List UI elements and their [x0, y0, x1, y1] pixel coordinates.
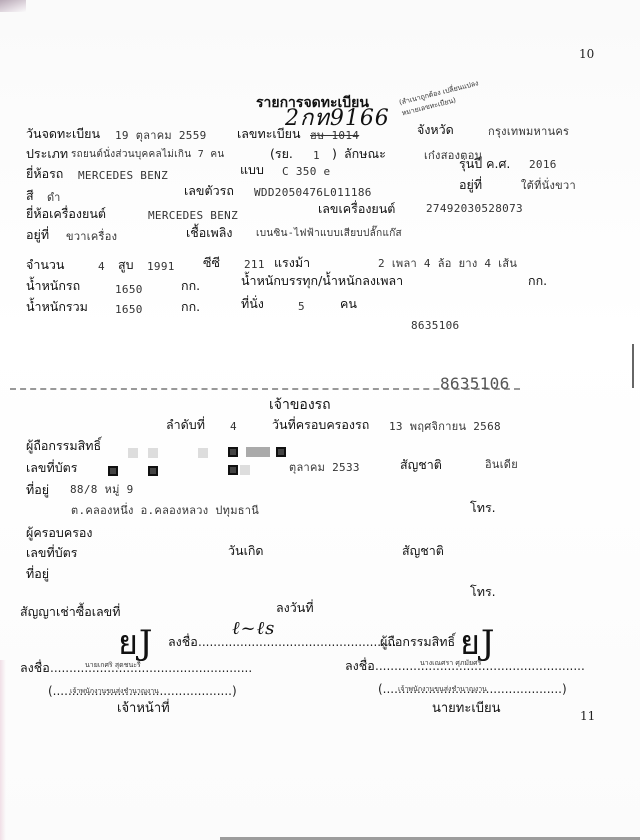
plate-old: ฮษ 1014: [310, 130, 359, 141]
possessor-label: ผู้ครอบครอง: [26, 527, 93, 540]
possessor-id-label: เลขที่บัตร: [26, 547, 77, 560]
redaction-block: [246, 447, 270, 457]
chassis-location: ใต้ที่นั่งขวา: [521, 180, 576, 191]
hp-label: แรงม้า: [274, 257, 310, 270]
weight-unit: กก.: [181, 280, 200, 293]
seats-label: ที่นั่ง: [241, 298, 264, 311]
redaction-block: [128, 448, 138, 458]
fuel-label: เชื้อเพลิง: [186, 227, 233, 240]
owner-signature: ℓ~ℓs: [232, 620, 275, 638]
chassis-location-label: อยู่ที่: [459, 179, 482, 192]
gross-weight-unit: กก.: [181, 301, 200, 314]
load-unit: กก.: [528, 275, 547, 288]
order-label: ลำดับที่: [166, 419, 205, 432]
redaction-block: [198, 448, 208, 458]
possession-date-label: วันที่ครอบครองรถ: [272, 419, 369, 432]
chassis-label: เลขตัวรถ: [184, 185, 234, 198]
model-year: 2016: [529, 159, 557, 170]
owner-phone-label: โทร.: [470, 502, 496, 515]
owner-nationality-label: สัญชาติ: [400, 459, 442, 472]
engine-number-label: เลขเครื่องยนต์: [318, 203, 395, 216]
owner-birth-date: ตุลาคม 2533: [289, 462, 360, 473]
owner-address-label: ที่อยู่: [26, 484, 49, 497]
hire-purchase-label: สัญญาเช่าซื้อเลขที่: [20, 606, 120, 619]
page-edge-shadow: [0, 660, 6, 840]
owner-sign-dots: ........................................…: [198, 636, 396, 648]
owner-nationality: อินเดีย: [485, 459, 518, 470]
initials-signature-right: ยJ: [460, 626, 496, 660]
redaction-block: [228, 447, 238, 457]
registration-document: 10 11 รายการจดทะเบียน 2กท9166 (สำเนาถูกต…: [0, 0, 640, 840]
right-official-position: เจ้าพนักงานขนส่งชำนาญงาน: [398, 686, 487, 693]
model: C 350 e: [282, 166, 330, 177]
redaction-block: [240, 465, 250, 475]
brand: MERCEDES BENZ: [78, 170, 168, 181]
reference-number: 8635106: [411, 320, 459, 331]
page-number-bottom: 11: [580, 710, 595, 722]
initials-signature-left: ยJ: [118, 626, 154, 660]
page-number-top: 10: [579, 48, 594, 60]
owner-sign-suffix: ผู้ถือกรรมสิทธิ์: [380, 636, 455, 649]
contract-date-label: ลงวันที่: [276, 602, 314, 615]
left-official-role: เจ้าหน้าที่: [117, 702, 170, 715]
left-sign-dots: ........................................…: [50, 662, 252, 674]
redaction-block: [148, 466, 158, 476]
cylinders: 4: [98, 261, 105, 272]
redaction-block: [148, 448, 158, 458]
possessor-phone-label: โทร.: [470, 586, 496, 599]
load-label: น้ำหนักบรรทุก/น้ำหนักลงเพลา: [241, 275, 403, 288]
vehicle-type: รถยนต์นั่งส่วนบุคคลไม่เกิน 7 คน: [71, 150, 224, 160]
province-label: จังหวัด: [417, 124, 454, 137]
cc-label: ซีซี: [203, 257, 220, 270]
owner-order: 4: [230, 421, 237, 432]
plate-label: เลขทะเบียน: [237, 128, 301, 141]
axles-wheels: 2 เพลา 4 ล้อ ยาง 4 เส้น: [378, 258, 517, 269]
chassis-number: WDD2050476L011186: [254, 187, 372, 198]
owner-section-title: เจ้าของรถ: [269, 398, 331, 412]
owner-address-line1: 88/8 หมู่ 9: [70, 484, 134, 495]
redaction-block: [108, 466, 118, 476]
right-official-role: นายทะเบียน: [432, 702, 501, 715]
engine-location-label: อยู่ที่: [26, 229, 49, 242]
holder-label: ผู้ถือกรรมสิทธิ์: [26, 440, 101, 453]
engine-brand-label: ยี่ห้อเครื่องยนต์: [26, 208, 106, 221]
left-official-position: เจ้าพนักงานขนส่งชำนาญงาน: [70, 688, 159, 695]
left-sign-label: ลงชื่อ: [20, 662, 50, 675]
engine-number: 27492030528073: [426, 203, 523, 214]
brand-label: ยี่ห้อรถ: [26, 168, 63, 181]
engine-cc: 1991: [147, 261, 175, 272]
gross-weight: 1650: [115, 304, 143, 315]
left-official-name: นายเกศริ สุดชนะรี: [85, 662, 141, 669]
reference-number-faded: 8635106: [440, 376, 510, 392]
redaction-block: [276, 447, 286, 457]
province: กรุงเทพมหานคร: [488, 126, 569, 137]
reg-date: 19 ตุลาคม 2559: [115, 130, 207, 141]
style-label: ลักษณะ: [344, 148, 386, 161]
engine-location: ขวาเครื่อง: [66, 231, 117, 242]
type-code-close: ): [332, 148, 337, 161]
type-label: ประเภท: [26, 148, 68, 161]
cylinders-unit: สูบ: [118, 259, 134, 272]
seats-unit: คน: [340, 298, 357, 311]
color-label: สี: [26, 190, 34, 203]
type-code: 1: [313, 150, 320, 161]
possessor-address-label: ที่อยู่: [26, 568, 49, 581]
owner-id-label: เลขที่บัตร: [26, 462, 77, 475]
seats: 5: [298, 301, 305, 312]
horsepower: 211: [244, 259, 265, 270]
color: ดำ: [47, 192, 61, 203]
owner-address-line2: ต.คลองหนึ่ง อ.คลองหลวง ปทุมธานี: [71, 505, 259, 516]
fuel-type: เบนซิน-ไฟฟ้าแบบเสียบปลั๊กแก๊ส: [256, 229, 402, 239]
divider-edge: [632, 344, 634, 388]
right-sign-label: ลงชื่อ: [345, 660, 375, 673]
gross-weight-label: น้ำหนักรวม: [26, 301, 88, 314]
redaction-block: [228, 465, 238, 475]
year-label: รุ่นปี ค.ศ.: [459, 158, 510, 171]
vehicle-weight: 1650: [115, 284, 143, 295]
page-corner-fold: [0, 0, 26, 12]
engine-brand: MERCEDES BENZ: [148, 210, 238, 221]
possession-date: 13 พฤศจิกายน 2568: [389, 421, 501, 432]
reg-date-label: วันจดทะเบียน: [26, 128, 100, 141]
possessor-nationality-label: สัญชาติ: [402, 545, 444, 558]
cylinders-label: จำนวน: [26, 259, 64, 272]
right-official-name: นางเณศรา ศุภมัยศรี: [420, 660, 481, 667]
owner-sign-label: ลงชื่อ: [168, 636, 198, 649]
type-code-label: (รย.: [270, 148, 293, 161]
weight-label: น้ำหนักรถ: [26, 280, 80, 293]
possessor-birth-label: วันเกิด: [228, 545, 264, 558]
model-label: แบบ: [240, 164, 264, 177]
certification-stamp: (สำเนาถูกต้อง เปลี่ยนแปลงหมายเลขทะเบียน): [398, 71, 510, 119]
